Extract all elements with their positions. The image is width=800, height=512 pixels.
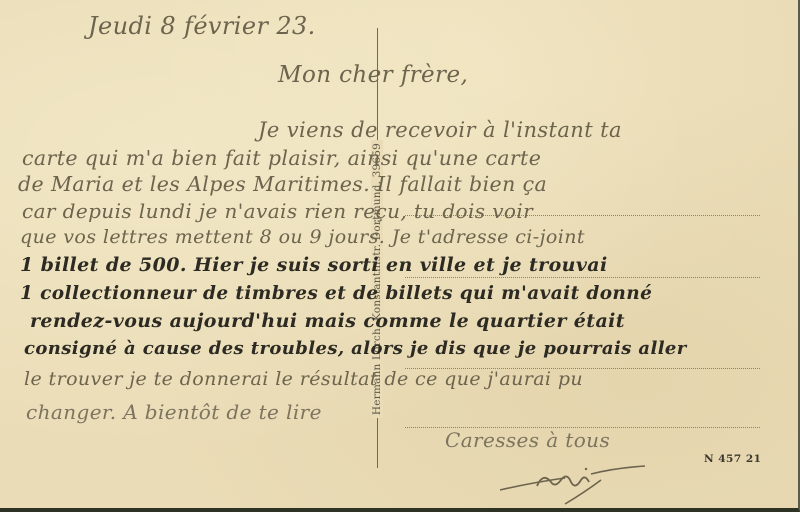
letter-line-9: consigné à cause des troubles, alors je … <box>24 338 687 359</box>
letter-line-11: changer. A bientôt de te lire <box>26 400 322 424</box>
letter-line-8: rendez-vous aujourd'hui mais comme le qu… <box>30 310 625 332</box>
letter-closing: Caresses à tous <box>445 428 610 452</box>
letter-line-4: car depuis lundi je n'avais rien reçu, t… <box>22 199 533 223</box>
address-line-2 <box>405 277 760 278</box>
letter-line-7: 1 collectionneur de timbres et de billet… <box>20 283 652 304</box>
letter-line-2: carte qui m'a bien fait plaisir, ainsi q… <box>22 146 541 170</box>
letter-date: Jeudi 8 février 23. <box>88 12 316 40</box>
letter-line-10: le trouver je te donnerai le résultat de… <box>24 368 583 390</box>
letter-salutation: Mon cher frère, <box>278 62 468 88</box>
letter-line-5: que vos lettres mettent 8 ou 9 jours. Je… <box>20 226 585 248</box>
letter-line-6: 1 billet de 500. Hier je suis sorti en v… <box>20 254 608 276</box>
signature <box>495 460 655 505</box>
signature-scribble-icon <box>495 460 655 505</box>
postcard: Hermann Lorch, Konstantinstr. Dortmund. … <box>0 0 800 512</box>
letter-line-1: Je viens de recevoir à l'instant ta <box>258 118 622 142</box>
letter-line-3: de Maria et les Alpes Maritimes. Il fall… <box>18 172 547 196</box>
printed-card-number: N 457 21 <box>704 453 761 465</box>
